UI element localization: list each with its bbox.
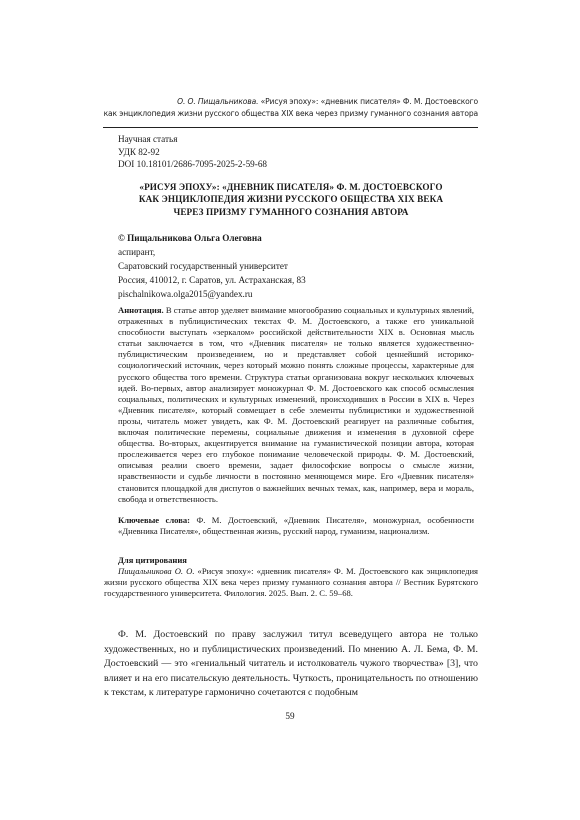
author-block: © Пищальникова Ольга Олеговна аспирант, … — [118, 231, 306, 301]
citation-heading: Для цитирования — [118, 555, 187, 566]
running-head-line-1: О. О. Пищальникова. «Рисуя эпоху»: «днев… — [103, 96, 478, 108]
doi: DOI 10.18101/2686-7095-2025-2-59-68 — [118, 158, 267, 171]
running-head: О. О. Пищальникова. «Рисуя эпоху»: «днев… — [103, 96, 478, 120]
running-head-author: О. О. Пищальникова. — [177, 97, 258, 106]
author-affiliation: Саратовский государственный университет — [118, 259, 306, 273]
abstract-label: Аннотация. — [118, 305, 164, 315]
keywords: Ключевые слова: Ф. М. Достоевский, «Днев… — [118, 515, 474, 537]
article-title: «РИСУЯ ЭПОХУ»: «ДНЕВНИК ПИСАТЕЛЯ» Ф. М. … — [104, 181, 478, 218]
title-line-1: «РИСУЯ ЭПОХУ»: «ДНЕВНИК ПИСАТЕЛЯ» Ф. М. … — [104, 181, 478, 193]
udk: УДК 82-92 — [118, 146, 267, 159]
document-page: О. О. Пищальникова. «Рисуя эпоху»: «днев… — [0, 0, 580, 820]
citation-author: Пищальникова О. О. — [118, 566, 195, 576]
author-position: аспирант, — [118, 245, 306, 259]
citation: Пищальникова О. О. «Рисуя эпоху»: «дневн… — [104, 566, 478, 600]
running-head-line-2: как энциклопедия жизни русского общества… — [103, 108, 478, 120]
page-number: 59 — [0, 711, 580, 721]
author-name: © Пищальникова Ольга Олеговна — [118, 231, 306, 245]
title-line-2: КАК ЭНЦИКЛОПЕДИЯ ЖИЗНИ РУССКОГО ОБЩЕСТВА… — [104, 193, 478, 205]
abstract-text: В статье автор уделяет внимание многообр… — [118, 305, 474, 504]
title-line-3: ЧЕРЕЗ ПРИЗМУ ГУМАННОГО СОЗНАНИЯ АВТОРА — [104, 206, 478, 218]
keywords-label: Ключевые слова: — [118, 515, 190, 525]
author-email[interactable]: pischalnikowa.olga2015@yandex.ru — [118, 287, 306, 301]
article-type: Научная статья — [118, 133, 267, 146]
article-meta: Научная статья УДК 82-92 DOI 10.18101/26… — [118, 133, 267, 171]
body-paragraph: Ф. М. Достоевский по праву заслужил титу… — [104, 628, 478, 701]
abstract: Аннотация. В статье автор уделяет вниман… — [118, 305, 474, 505]
author-address: Россия, 410012, г. Саратов, ул. Астрахан… — [118, 273, 306, 287]
header-rule — [103, 127, 478, 128]
running-head-title: «Рисуя эпоху»: «дневник писателя» Ф. М. … — [258, 97, 478, 106]
